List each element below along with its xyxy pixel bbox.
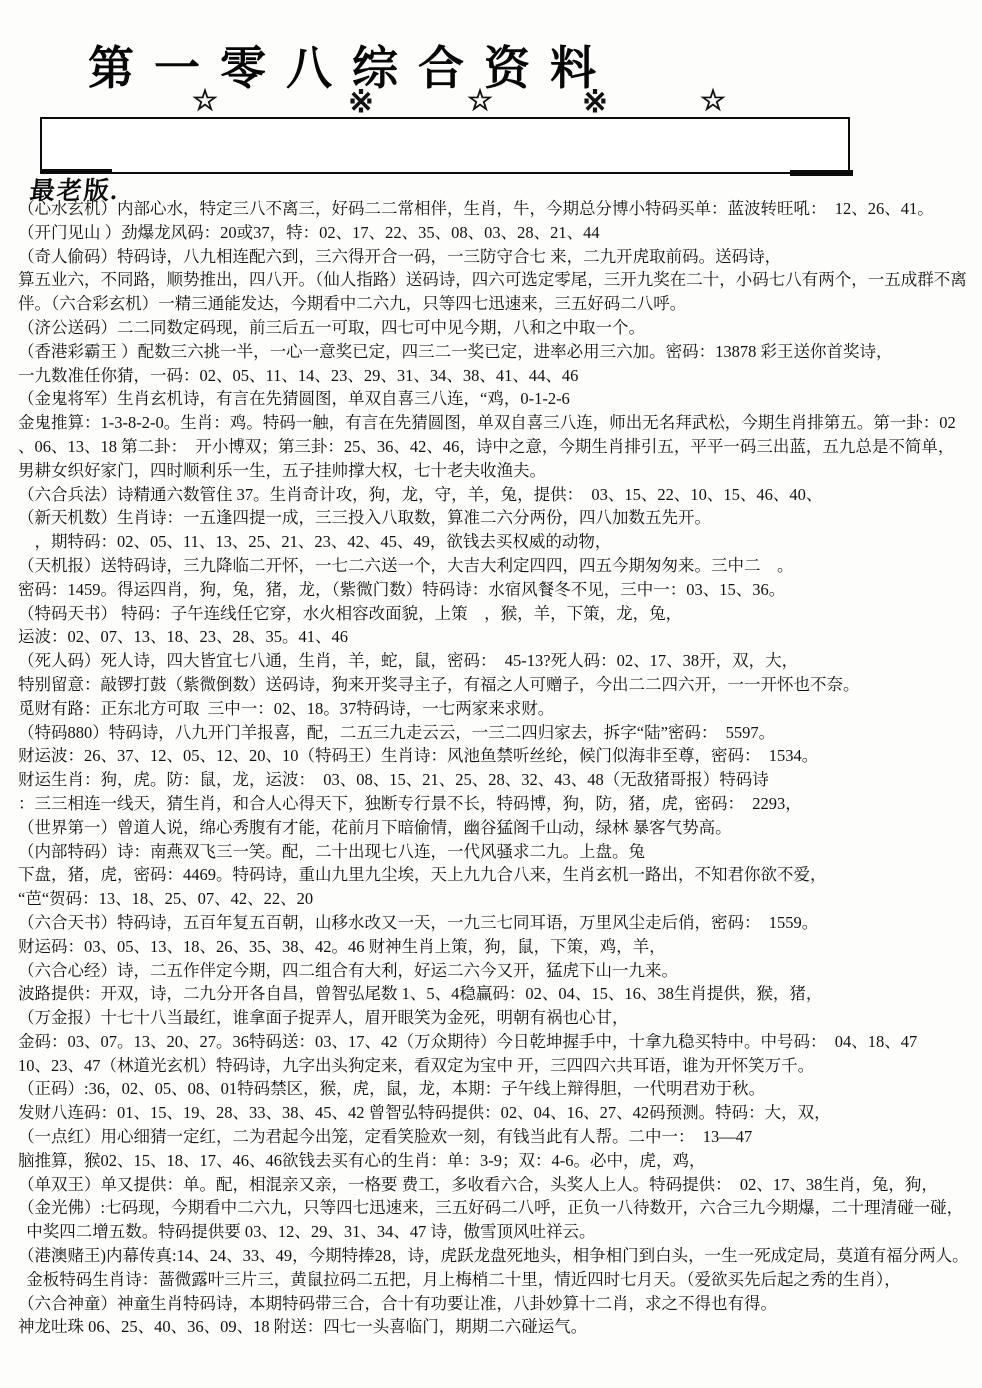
text-line: （六合神童）神童生肖特码诗，本期特码带三合，合十有功要让准，八卦妙算十二肖，求之… [18, 1292, 982, 1316]
text-line: （六合兵法）诗精通六数管住 37。生肖奇计攻，狗，龙，守，羊，兔，提供： 03、… [18, 483, 982, 507]
text-line: （内部特码）诗：南燕双飞三一笑。配，二十出现七八连，一代风骚求二九。上盘。兔 [18, 840, 982, 864]
text-line: （港澳赌王)内幕传真:14、24、33、49，今期特捧28，诗，虎跃龙盘死地头，… [18, 1244, 982, 1268]
page: 第一零八综合资料 ☆※☆※☆ 最老版. （心水玄机）内部心水，特定三八不离三，好… [0, 0, 982, 1388]
box-bottom-right-bar [790, 170, 853, 176]
star-decoration-icon: ☆ [700, 86, 726, 117]
text-line: 脑推算，猴02、15、18、17、46、46欲钱去买有心的生肖：单：3-9；双：… [18, 1149, 982, 1173]
text-line: （世界第一）曾道人说，绵心秀腹有才能，花前月下暗偷情，幽谷猛阁千山动，绿林 暴客… [18, 816, 982, 840]
text-line: （开门见山 ）劲爆龙风码：20或37，特：02、17、22、35、08、03、2… [18, 221, 982, 245]
text-line: 金鬼推算：1-3-8-2-0。生肖：鸡。特码一触，有言在先猜圆图，单双自喜三八连… [18, 411, 982, 435]
text-line: 中奖四二增五数。特码提供要 03、12、29、31、34、47 诗，傲雪顶风吐祥… [18, 1220, 982, 1244]
text-line: 特别留意：敲锣打鼓（紫微倒数）送码诗，狗来开奖寻主子，有福之人可赠子，今出二二四… [18, 673, 982, 697]
text-line: 发财八连码：01、15、19、28、33、38、45、42 曾智弘特码提供：02… [18, 1101, 982, 1125]
text-line: 运波：02、07、13、18、23、28、35。41、46 [18, 625, 982, 649]
text-line: 神龙吐珠 06、25、40、36、09、18 附送：四七一头喜临门，期期二六碰运… [18, 1315, 982, 1339]
star-decoration-icon: ※ [582, 86, 608, 117]
decoration-row: ☆※☆※☆ [0, 86, 982, 120]
text-line: “芭“贺码：13、18、25、07、42、22、20 [18, 887, 982, 911]
text-line: 算五业六，不同路，顺势推出，四八开。（仙人指路）送码诗，四六可选定零尾，三开九奖… [18, 268, 982, 292]
text-line: （新天机数）生肖诗：一五逢四提一成，三三投入八取数，算准二六分两份，四八加数五先… [18, 506, 982, 530]
star-decoration-icon: ※ [348, 86, 374, 117]
body-text: （心水玄机）内部心水，特定三八不离三，好码二二常相伴，生肖，牛，今期总分博小特码… [18, 197, 982, 1339]
text-line: （万金报）十七十八当最红，谁拿面子捉弄人，眉开眼笑为金死，明朝有祸也心甘， [18, 1006, 982, 1030]
text-line: （特码880）特码诗，八九开门羊报喜，配，二五三九走云云，一三二四归家去，拆字“… [18, 721, 982, 745]
text-line: 10、23、47（林道光玄机）特码诗，九字出头狗定来，看双定为宝中 开，三四四六… [18, 1054, 982, 1078]
star-decoration-icon: ☆ [467, 86, 493, 117]
text-line: 财运码：03、05、13、18、26、35、38、42。46 财神生肖上策，狗，… [18, 935, 982, 959]
text-line: （济公送码）二二同数定码现，前三后五一可取，四七可中见今期，八和之中取一个。 [18, 316, 982, 340]
star-decoration-icon: ☆ [192, 86, 218, 117]
text-line: 觅财有路：正东北方可取 三中一：02、18。37特码诗，一七两家来求财。 [18, 697, 982, 721]
text-line: ，期特码：02、05、11、13、25、21、23、42、45、49，欲钱去买权… [18, 530, 982, 554]
text-line: （死人码）死人诗，四大皆宜七八通，生肖，羊，蛇，鼠，密码： 45-13?死人码：… [18, 649, 982, 673]
text-line: 财运生肖：狗，虎。防：鼠，龙，运波： 03、08、15、21、25、28、32、… [18, 768, 982, 792]
text-line: （一点红）用心细猜一定红，二为君起今出笼，定看笑脸欢一刻，有钱当此有人帮。二中一… [18, 1125, 982, 1149]
text-line: （单双王）单又提供：单。配，相混亲又亲，一格要 费工，多收看六合，头奖人上人。特… [18, 1173, 982, 1197]
text-line: 波路提供：开双，诗，二九分开各自昌，曾智弘尾数 1、5、4稳赢码：02、04、1… [18, 982, 982, 1006]
text-line: 伴。（六合彩玄机）一精三通能发达，今期看中二六九，只等四七迅速来，三五好码二八呼… [18, 292, 982, 316]
text-line: （六合天书）特码诗，五百年复五百朝，山移水改又一天，一九三七同耳语，万里风尘走后… [18, 911, 982, 935]
text-line: （金光佛）:七码现，今期看中二六九，只等四七迅速来，三五好码二八呼，正负一八待数… [18, 1196, 982, 1220]
text-line: （六合心经）诗，二五作伴定今期，四二组合有大利，好运二六今又开，猛虎下山一九来。 [18, 959, 982, 983]
text-line: （正码）:36，02、05、08、01特码禁区，猴，虎，鼠，龙，本期：子午线上辩… [18, 1077, 982, 1101]
text-line: （特码天书） 特码：子午连线任它穿，水火相容改面貌，上策 ，猴，羊，下策，龙，兔… [18, 602, 982, 626]
blank-box [40, 117, 850, 174]
text-line: 财运波：26、37、12、05、12、20、10（特码王）生肖诗：风池鱼禁听丝纶… [18, 744, 982, 768]
text-line: 密码：1459。得运四肖，狗，兔，猪，龙，（紫微门数）特码诗：水宿风餐冬不见，三… [18, 578, 982, 602]
text-line: （天机报）送特码诗，三九降临二开怀，一七二六送一个，大吉大利定四四，四五今期匆匆… [18, 554, 982, 578]
text-line: （奇人偷码）特码诗，八九相连配六到，三六得开合一码，一三防守合七 来，二九开虎取… [18, 245, 982, 269]
text-line: 金板特码生肖诗：蔷微露叶三片三，黄鼠拉码二五把，月上梅梢二十里，情近四时七月天。… [18, 1268, 982, 1292]
text-line: 金码：03、07。13、20、27。36特码送：03、17、42（万众期待）今日… [18, 1030, 982, 1054]
text-line: 、06、13、18 第二卦： 开小博双；第三卦：25、36、42、46，诗中之意… [18, 435, 982, 459]
text-line: （金鬼将军）生肖玄机诗，有言在先猜圆图，单双自喜三八连，“鸡，0-1-2-6 [18, 387, 982, 411]
text-line: （心水玄机）内部心水，特定三八不离三，好码二二常相伴，生肖，牛，今期总分博小特码… [18, 197, 982, 221]
text-line: 男耕女织好家门，四时顺利乐一生，五子挂帅撑大权，七十老夫收渔夫。 [18, 459, 982, 483]
text-line: （香港彩霸王 ）配数三六挑一半，一心一意奖已定，四三二一奖已定，进率必用三六加。… [18, 340, 982, 364]
text-line: ：三三相连一线天，猜生肖，和合人心得天下，独断专行景不长，特码博，狗，防，猪，虎… [18, 792, 982, 816]
text-line: 下盘，猪，虎，密码：4469。特码诗，重山九里九尘埃，天上九九合八来，生肖玄机一… [18, 863, 982, 887]
text-line: 一九数准任你猜，一码：02、05、11、14、23、29、31、34、38、41… [18, 364, 982, 388]
